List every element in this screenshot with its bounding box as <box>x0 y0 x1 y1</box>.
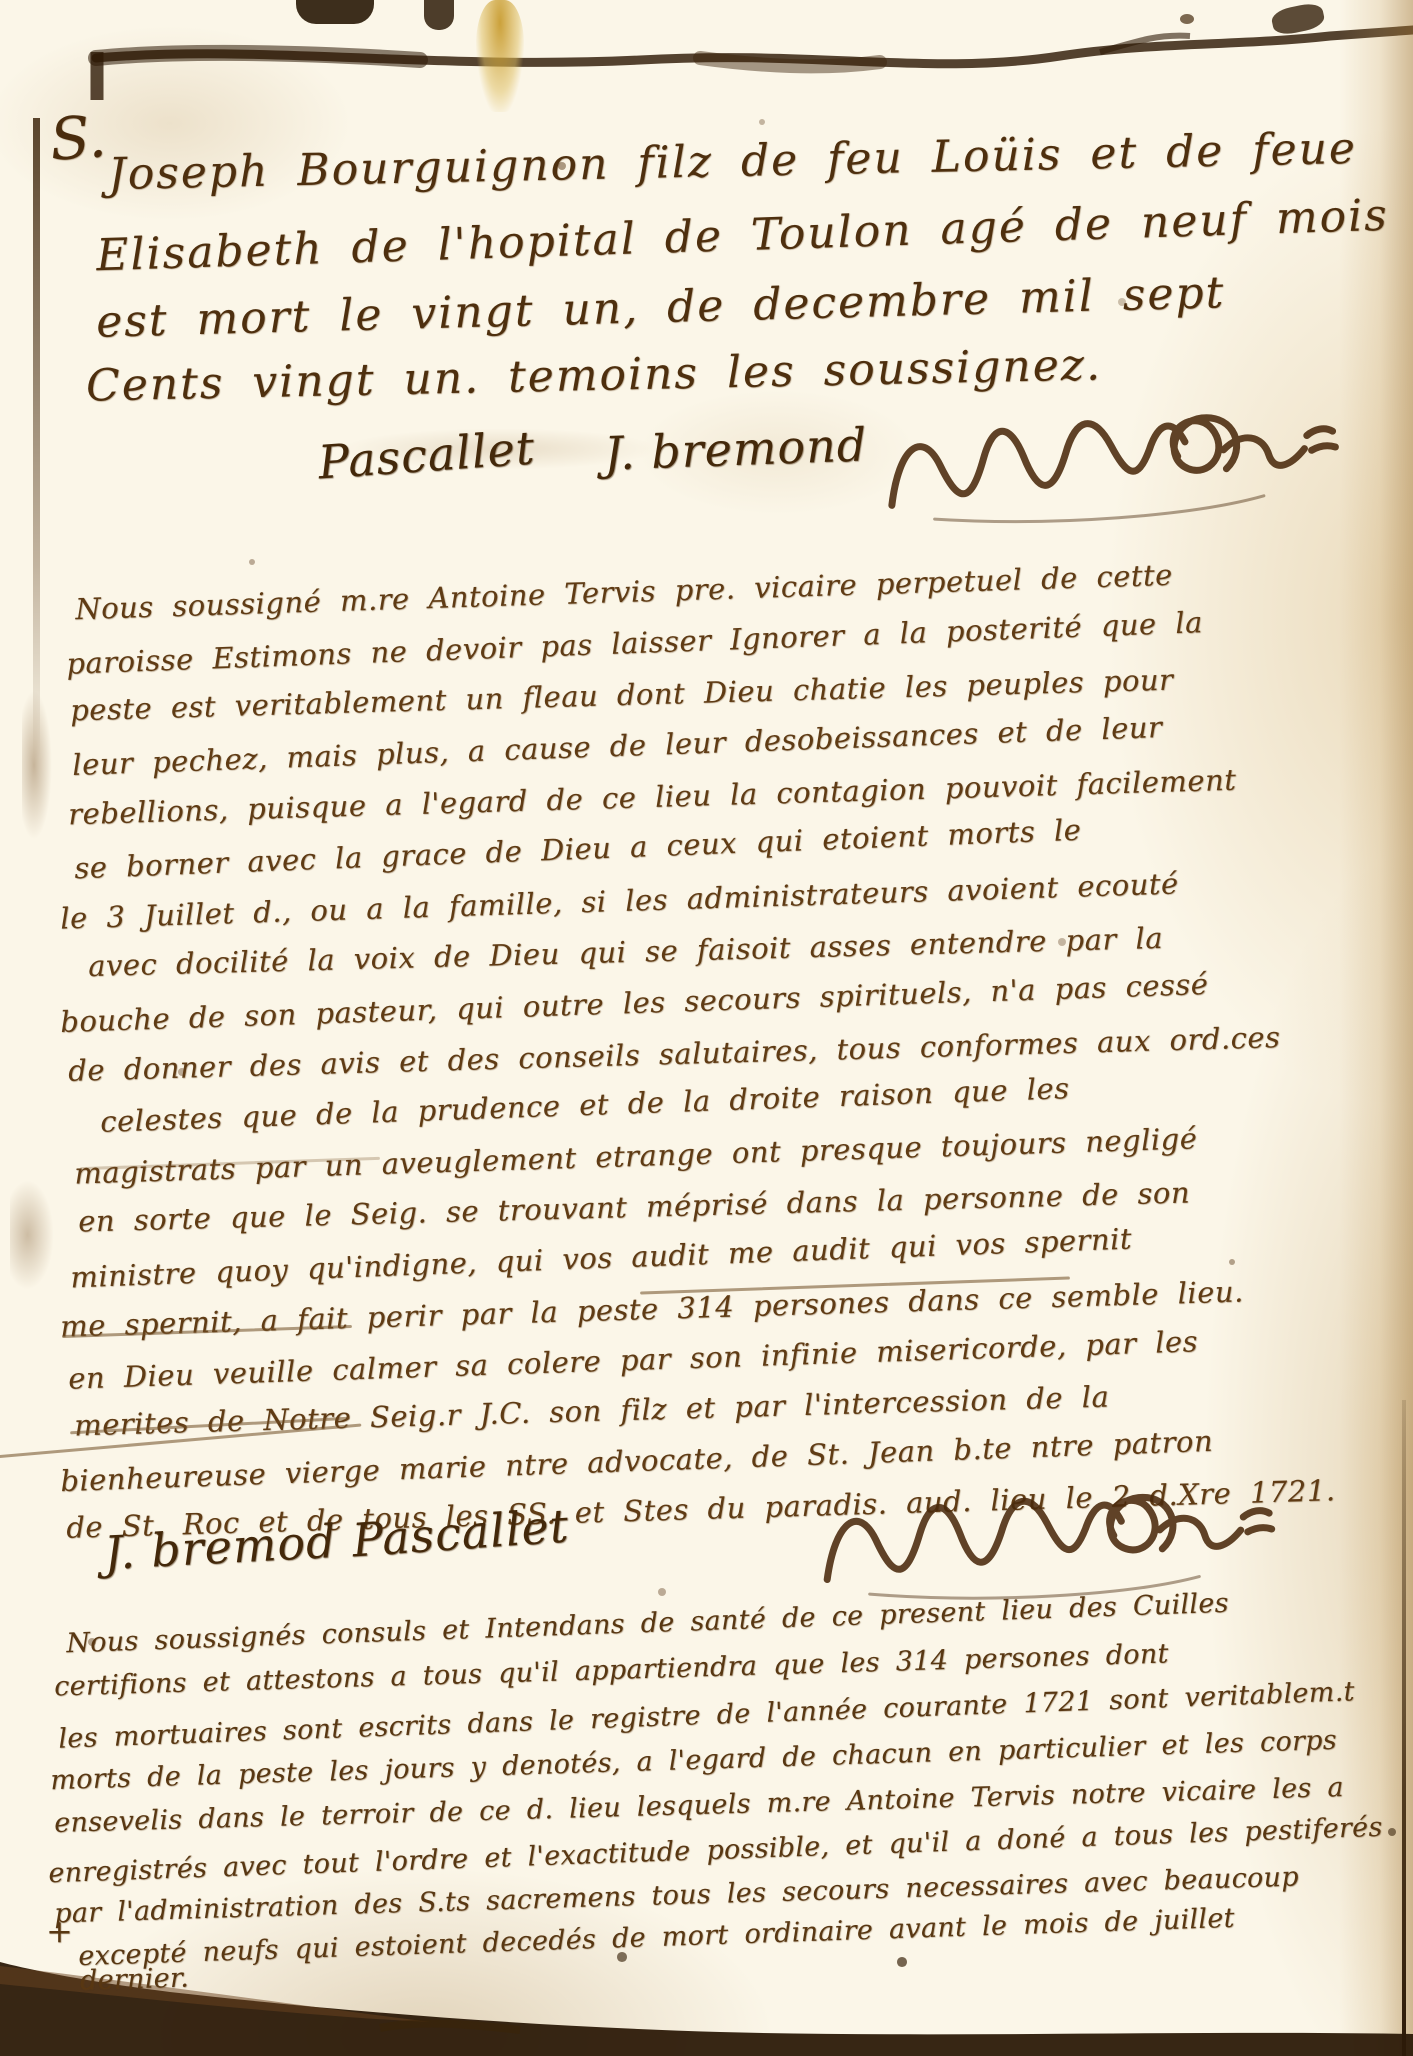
signature-bremod: J. bremod <box>103 1514 338 1580</box>
paper-stain <box>10 1180 54 1290</box>
paper-stain <box>296 0 374 24</box>
paraph-signature-icon <box>869 386 1345 542</box>
entry-margin-letter: S. <box>48 102 109 174</box>
paper-stain <box>424 0 454 30</box>
paper-stain <box>1270 1 1326 37</box>
torn-edge-top <box>0 0 1413 100</box>
gold-stain <box>476 0 524 112</box>
manuscript-line: Cents vingt un. temoins les soussignez. <box>86 339 1103 411</box>
manuscript-line: dernier. <box>80 1963 190 1997</box>
right-edge-shadow <box>1339 0 1413 2056</box>
manuscript-page: S. Joseph Bourguignon filz de feu Loüis … <box>0 0 1413 2056</box>
manuscript-line: Joseph Bourguignon filz de feu Loüis et … <box>108 123 1358 200</box>
ink-specks <box>0 0 4 4</box>
paper-stain <box>22 690 52 840</box>
paper-stain <box>1180 14 1194 24</box>
signature-bremond: J. bremond <box>603 417 868 480</box>
left-edge-line <box>33 118 40 758</box>
right-edge-line <box>1402 1400 1406 2056</box>
manuscript-line: est mort le vingt un, de decembre mil se… <box>96 267 1226 348</box>
signature-pascallet: Pascallet <box>316 420 536 489</box>
